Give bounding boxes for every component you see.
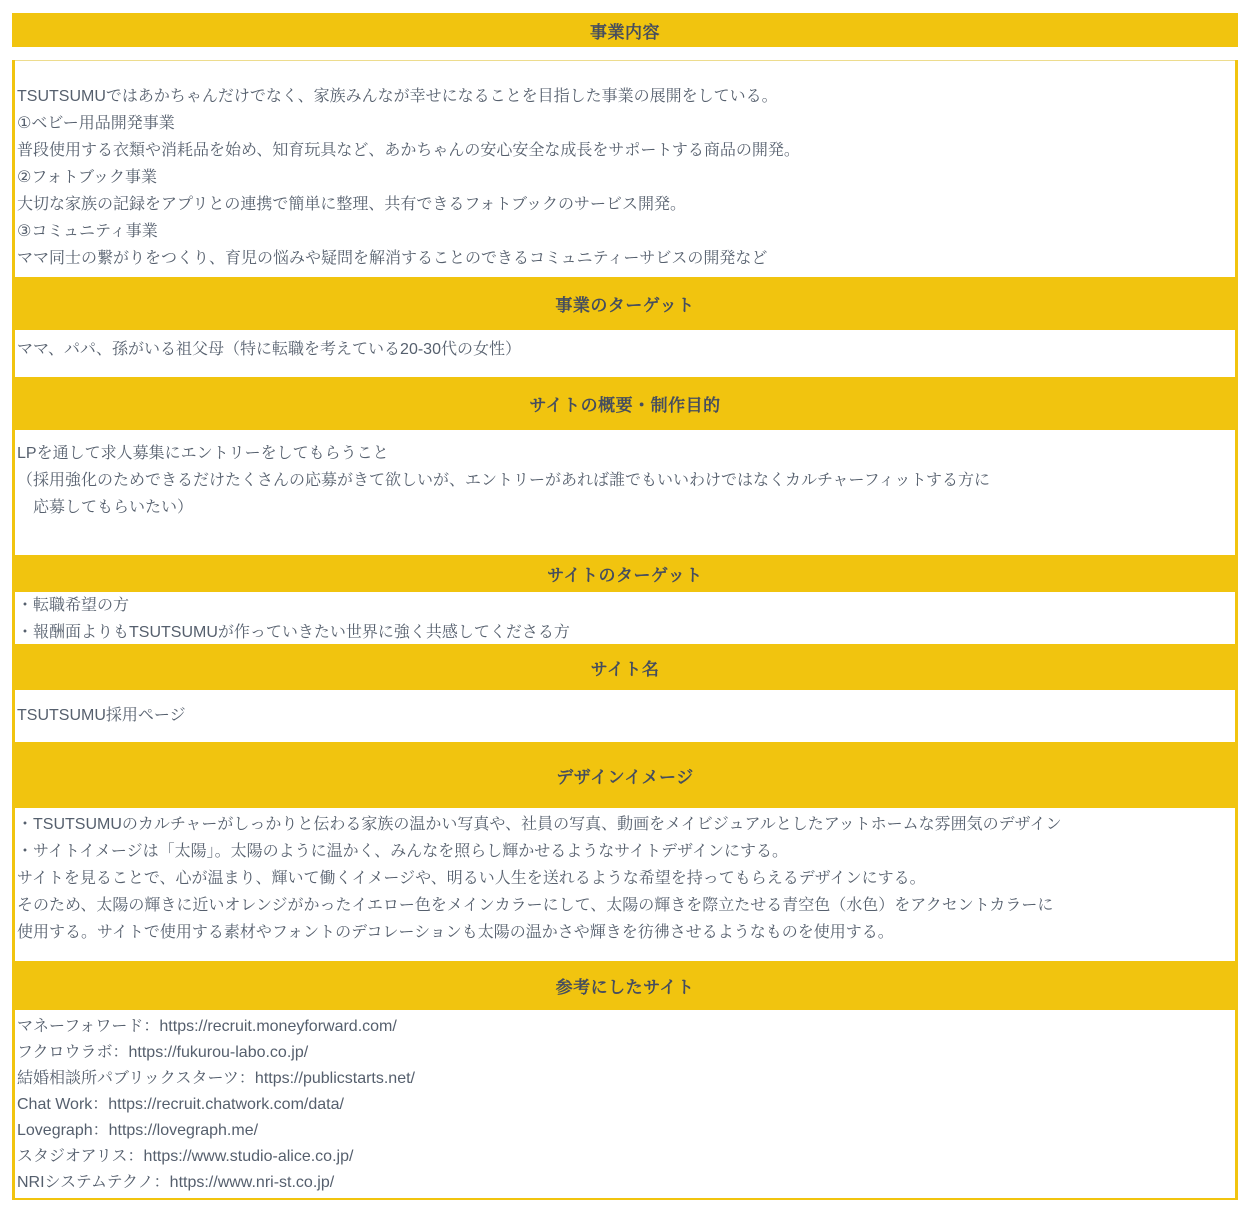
content-line: 応募してもらいたい）	[17, 494, 1227, 521]
content-line: （採用強化のためできるだけたくさんの応募がきて欲しいが、エントリーがあれば誰でも…	[17, 467, 1227, 494]
section-header-title: 参考にしたサイト	[556, 973, 695, 998]
section-header-title: サイト名	[591, 655, 660, 680]
content-line: スタジオアリス：https://www.studio-alice.co.jp/	[17, 1144, 1227, 1170]
content-line: マネーフォワード：https://recruit.moneyforward.co…	[17, 1014, 1227, 1040]
section-content-reference-sites: マネーフォワード：https://recruit.moneyforward.co…	[15, 1010, 1235, 1198]
content-line: ・転職希望の方	[17, 592, 1227, 619]
content-line: そのため、太陽の輝きに近いオレンジがかったイエロー色をメインカラーにして、太陽の…	[17, 892, 1227, 919]
content-line: 結婚相談所パブリックスターツ：https://publicstarts.net/	[17, 1066, 1227, 1092]
content-line: 普段使用する衣類や消耗品を始め、知育玩具など、あかちゃんの安心安全な成長をサポー…	[17, 137, 1227, 164]
content-line: サイトを見ることで、心が温まり、輝いて働くイメージや、明るい人生を送れるような希…	[17, 865, 1227, 892]
content-line: ②フォトブック事業	[17, 164, 1227, 191]
section-content-business-target: ママ、パパ、孫がいる祖父母（特に転職を考えている20-30代の女性）	[15, 330, 1235, 377]
content-line: Lovegraph：https://lovegraph.me/	[17, 1118, 1227, 1144]
content-line: ママ、パパ、孫がいる祖父母（特に転職を考えている20-30代の女性）	[17, 336, 1227, 363]
content-line: 使用する。サイトで使用する素材やフォントのデコレーションも太陽の温かさや輝きを彷…	[17, 919, 1227, 946]
section-content-site-purpose: LPを通して求人募集にエントリーをしてもらうこと（採用強化のためできるだけたくさ…	[15, 430, 1235, 555]
content-line: NRIシステムテクノ：https://www.nri-st.co.jp/	[17, 1170, 1227, 1196]
section-header-title: 事業内容	[590, 18, 660, 43]
section-header-title: 事業のターゲット	[555, 291, 694, 316]
content-line: 大切な家族の記録をアプリとの連携で簡単に整理、共有できるフォトブックのサービス開…	[17, 191, 1227, 218]
section-header-title: サイトの概要・制作目的	[529, 391, 720, 416]
section-header-site-target: サイトのターゲット	[15, 555, 1235, 592]
content-line: ・TSUTSUMUのカルチャーがしっかりと伝わる家族の温かい写真や、社員の写真、…	[17, 811, 1227, 838]
content-line: ③コミュニティ事業	[17, 218, 1227, 245]
section-header-site-purpose: サイトの概要・制作目的	[15, 377, 1235, 430]
content-line: TSUTSUMU採用ページ	[17, 702, 1227, 729]
content-line: ・サイトイメージは「太陽」。太陽のように温かく、みんなを照らし輝かせるようなサイ…	[17, 838, 1227, 865]
content-line: ①ベビー用品開発事業	[17, 110, 1227, 137]
content-line: LPを通して求人募集にエントリーをしてもらうこと	[17, 440, 1227, 467]
section-header-reference-sites: 参考にしたサイト	[15, 961, 1235, 1010]
content-line: Chat Work：https://recruit.chatwork.com/d…	[17, 1092, 1227, 1118]
header-content-gap	[12, 47, 1238, 60]
section-header-title: サイトのターゲット	[547, 561, 703, 586]
section-header-business-target: 事業のターゲット	[15, 277, 1235, 330]
section-header-business-content: 事業内容	[15, 13, 1235, 47]
design-brief-table: 事業内容TSUTSUMUではあかちゃんだけでなく、家族みんなが幸せになることを目…	[12, 13, 1238, 1200]
section-header-design-image: デザインイメージ	[15, 742, 1235, 808]
section-content-site-target: ・転職希望の方・報酬面よりもTSUTSUMUが作っていきたい世界に強く共感してく…	[15, 592, 1235, 644]
section-content-site-name: TSUTSUMU採用ページ	[15, 690, 1235, 742]
section-content-business-content: TSUTSUMUではあかちゃんだけでなく、家族みんなが幸せになることを目指した事…	[15, 60, 1235, 277]
content-line: フクロウラボ：https://fukurou-labo.co.jp/	[17, 1040, 1227, 1066]
content-line: TSUTSUMUではあかちゃんだけでなく、家族みんなが幸せになることを目指した事…	[17, 83, 1227, 110]
content-line: ・報酬面よりもTSUTSUMUが作っていきたい世界に強く共感してくださる方	[17, 619, 1227, 644]
section-content-design-image: ・TSUTSUMUのカルチャーがしっかりと伝わる家族の温かい写真や、社員の写真、…	[15, 808, 1235, 961]
section-header-title: デザインイメージ	[556, 763, 693, 788]
section-header-site-name: サイト名	[15, 644, 1235, 690]
content-line: ママ同士の繋がりをつくり、育児の悩みや疑問を解消することのできるコミュニティーサ…	[17, 245, 1227, 272]
